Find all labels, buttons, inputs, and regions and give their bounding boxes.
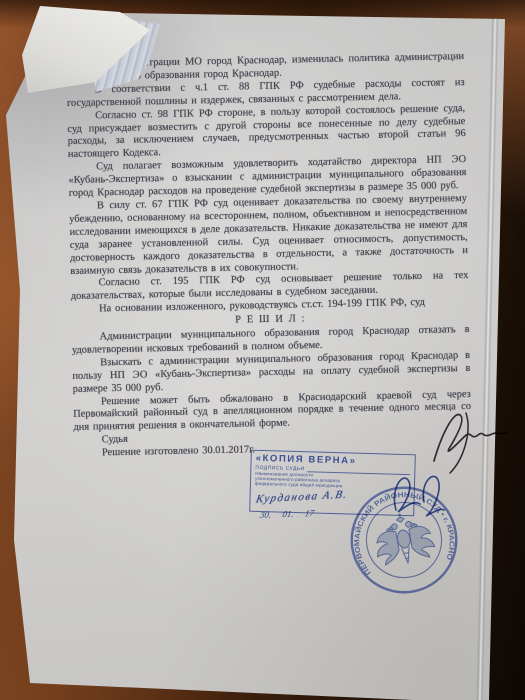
stamp-handwritten-date: 30. 01. 17 [259,508,315,520]
body-text: аппарата администрации МО город Краснода… [66,51,472,461]
paragraph: В силу ст. 67 ГПК РФ суд оценивает доказ… [69,193,468,278]
court-decision-page: аппарата администрации МО город Краснода… [0,0,525,700]
paragraph: Согласно ст. 98 ГПК РФ стороне, в пользу… [67,103,466,163]
clerk-signature-flourish [386,466,448,522]
photo-of-court-decision: аппарата администрации МО город Краснода… [0,0,525,700]
